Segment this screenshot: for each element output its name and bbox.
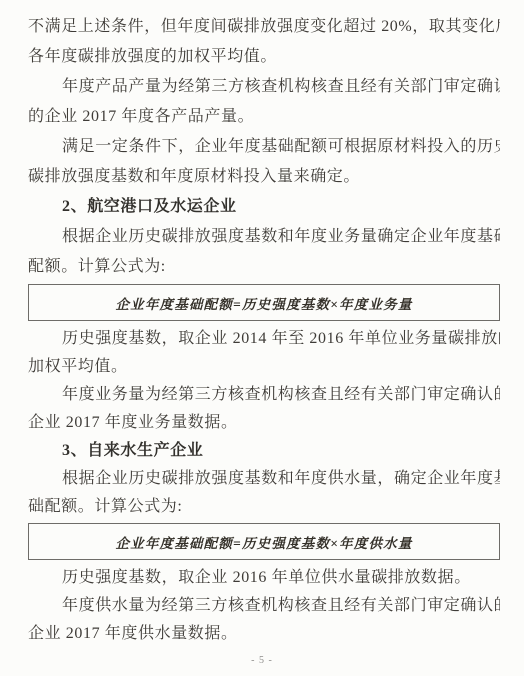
paragraph-line: 企业 2017 年度业务量数据。 [28, 409, 500, 437]
formula-text: 企业年度基础配额=历史强度基数×年度业务量 [115, 293, 412, 313]
paragraph-line: 企业 2017 年度供水量数据。 [28, 620, 500, 648]
paragraph-line: 础配额。计算公式为: [28, 493, 500, 521]
formula-box-aviation: 企业年度基础配额=历史强度基数×年度业务量 [28, 284, 500, 321]
paragraph-line: 根据企业历史碳排放强度基数和年度业务量确定企业年度基础 [28, 222, 500, 252]
paragraph-line: 年度供水量为经第三方核查机构核查且经有关部门审定确认的 [28, 592, 500, 620]
paragraph-line: 不满足上述条件，但年度间碳排放强度变化超过 20%，取其变化后 [28, 12, 500, 42]
document-page: 不满足上述条件，但年度间碳排放强度变化超过 20%，取其变化后 各年度碳排放强度… [0, 0, 524, 676]
formula-text: 企业年度基础配额=历史强度基数×年度供水量 [115, 532, 412, 552]
paragraph-line: 年度产品产量为经第三方核查机构核查且经有关部门审定确认 [28, 72, 500, 102]
document-body: 不满足上述条件，但年度间碳排放强度变化超过 20%，取其变化后 各年度碳排放强度… [28, 12, 500, 648]
page-number: - 5 - [0, 655, 524, 666]
paragraph-line: 各年度碳排放强度的加权平均值。 [28, 42, 500, 72]
section-heading-2: 2、航空港口及水运企业 [28, 192, 500, 222]
paragraph-line: 历史强度基数，取企业 2016 年单位供水量碳排放数据。 [28, 564, 500, 592]
paragraph-line: 加权平均值。 [28, 353, 500, 381]
paragraph-line: 根据企业历史碳排放强度基数和年度供水量，确定企业年度基 [28, 465, 500, 493]
paragraph-line: 历史强度基数，取企业 2014 年至 2016 年单位业务量碳排放的 [28, 325, 500, 353]
paragraph-line: 的企业 2017 年度各产品产量。 [28, 102, 500, 132]
paragraph-line: 满足一定条件下，企业年度基础配额可根据原材料投入的历史 [28, 132, 500, 162]
paragraph-line: 碳排放强度基数和年度原材料投入量来确定。 [28, 162, 500, 192]
paragraph-line: 年度业务量为经第三方核查机构核查且经有关部门审定确认的 [28, 381, 500, 409]
paragraph-line: 配额。计算公式为: [28, 252, 500, 282]
section-heading-3: 3、自来水生产企业 [28, 437, 500, 465]
formula-box-water: 企业年度基础配额=历史强度基数×年度供水量 [28, 523, 500, 560]
